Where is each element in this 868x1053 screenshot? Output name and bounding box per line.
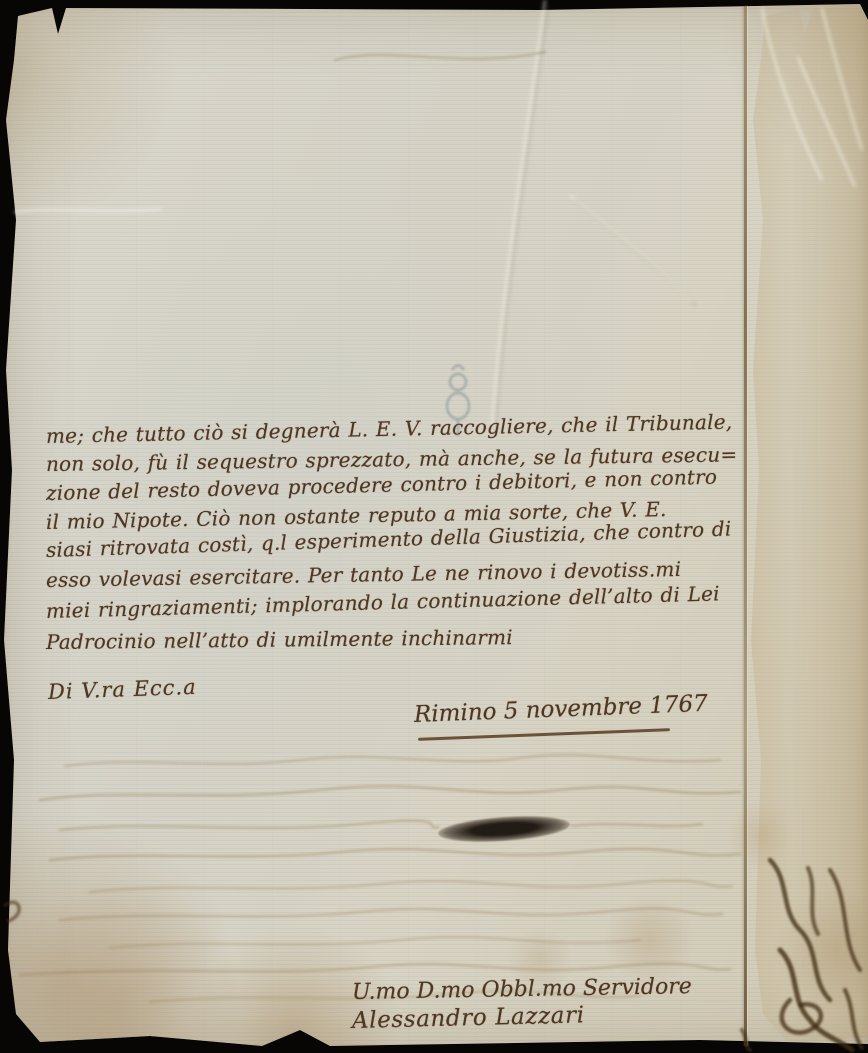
folded-margin-panel xyxy=(747,0,868,1053)
body-line-8: Padrocinio nell’atto di umilmente inchin… xyxy=(46,625,513,654)
scanned-letter-page: me; che tutto ciò si degnerà L. E. V. ra… xyxy=(0,0,868,1053)
vertical-fold-crease xyxy=(744,6,747,1046)
